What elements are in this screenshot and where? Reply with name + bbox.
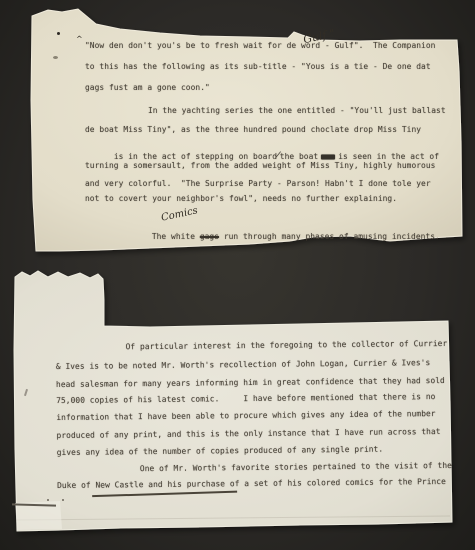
bottom-paper-sheet — [14, 271, 452, 531]
top-paper-sheet — [31, 9, 462, 251]
paper-sheets-canvas — [0, 0, 475, 550]
photo-backdrop: ^ Gulf " "Now den don't you's be to fres… — [0, 0, 475, 550]
paper-worn-patch — [15, 501, 62, 530]
